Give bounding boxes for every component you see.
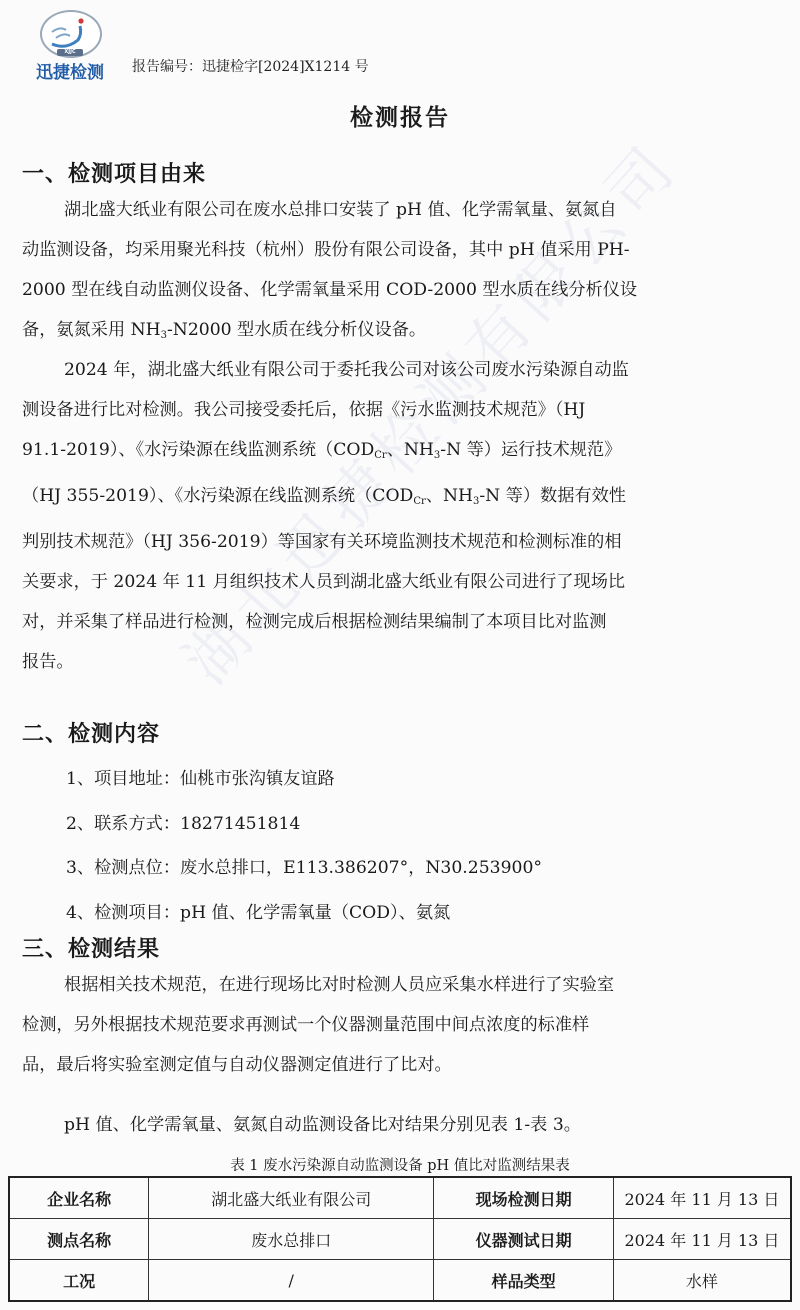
label-sample-type: 样品类型 — [434, 1260, 614, 1302]
text-line: 根据相关技术规范，在进行现场比对时检测人员应采集水样进行了实验室 — [22, 965, 778, 1005]
text-line: 91.1-2019）、《水污染源在线监测系统（CODCr、NH3-N 等）运行技… — [22, 430, 778, 476]
section-heading-content: 二、检测内容 — [22, 717, 160, 748]
label-field-test-date: 现场检测日期 — [434, 1177, 614, 1219]
list-item-contact: 2、联系方式：18271451814 — [66, 809, 300, 834]
logo-badge: XJJC — [57, 49, 83, 56]
value-instrument-test-date: 2024 年 11 月 13 日 — [613, 1219, 791, 1260]
text-line: pH 值、化学需氧量、氨氮自动监测设备比对结果分别见表 1-表 3。 — [22, 1105, 778, 1145]
text-line: 2024 年，湖北盛大纸业有限公司于委托我公司对该公司废水污染源自动监 — [22, 350, 778, 390]
text-line: 判别技术规范》（HJ 356-2019）等国家有关环境监测技术规范和检测标准的相 — [22, 522, 778, 562]
value-enterprise-name: 湖北盛大纸业有限公司 — [149, 1177, 434, 1219]
value-sample-type: 水样 — [613, 1260, 791, 1302]
report-number: 报告编号：迅捷检字[2024]X1214 号 — [132, 56, 369, 76]
label-point-name: 测点名称 — [9, 1219, 149, 1260]
report-header: XJJC 迅捷检测 报告编号：迅捷检字[2024]X1214 号 — [30, 6, 369, 76]
table-row: 工况 / 样品类型 水样 — [9, 1260, 791, 1302]
section-heading-results: 三、检测结果 — [22, 932, 160, 963]
text-line: （HJ 355-2019）、《水污染源在线监测系统（CODCr、NH3-N 等）… — [22, 476, 778, 522]
table-row: 企业名称 湖北盛大纸业有限公司 现场检测日期 2024 年 11 月 13 日 — [9, 1177, 791, 1219]
text-line: 2000 型在线自动监测仪设备、化学需氧量采用 COD-2000 型水质在线分析… — [22, 270, 778, 310]
text-line: 品，最后将实验室测定值与自动仪器测定值进行了比对。 — [22, 1045, 778, 1085]
section-3-paragraph-1: 根据相关技术规范，在进行现场比对时检测人员应采集水样进行了实验室 检测，另外根据… — [22, 965, 778, 1085]
section-3-paragraph-2: pH 值、化学需氧量、氨氮自动监测设备比对结果分别见表 1-表 3。 — [22, 1105, 778, 1145]
text-line: 对，并采集了样品进行检测，检测完成后根据检测结果编制了本项目比对监测 — [22, 602, 778, 642]
page-title: 检测报告 — [0, 99, 800, 132]
label-instrument-test-date: 仪器测试日期 — [434, 1219, 614, 1260]
label-enterprise-name: 企业名称 — [9, 1177, 149, 1219]
table-row: 测点名称 废水总排口 仪器测试日期 2024 年 11 月 13 日 — [9, 1219, 791, 1260]
ph-comparison-table: 企业名称 湖北盛大纸业有限公司 现场检测日期 2024 年 11 月 13 日 … — [8, 1176, 792, 1302]
list-item-location: 3、检测点位：废水总排口，E113.386207°，N30.253900° — [66, 853, 542, 878]
list-item-address: 1、项目地址：仙桃市张沟镇友谊路 — [66, 764, 335, 789]
value-working-condition: / — [149, 1260, 434, 1302]
text-line: 测设备进行比对检测。我公司接受委托后，依据《污水监测技术规范》（HJ — [22, 390, 778, 430]
text-line: 报告。 — [22, 642, 778, 682]
label-working-condition: 工况 — [9, 1260, 149, 1302]
value-field-test-date: 2024 年 11 月 13 日 — [613, 1177, 791, 1219]
section-heading-origin: 一、检测项目由来 — [22, 157, 206, 188]
value-point-name: 废水总排口 — [149, 1219, 434, 1260]
text-line: 检测，另外根据技术规范要求再测试一个仪器测量范围中间点浓度的标准样 — [22, 1005, 778, 1045]
text-line: 动监测设备，均采用聚光科技（杭州）股份有限公司设备，其中 pH 值采用 PH- — [22, 230, 778, 270]
section-1-paragraph-1: 湖北盛大纸业有限公司在废水总排口安装了 pH 值、化学需氧量、氨氮自 动监测设备… — [22, 190, 778, 356]
list-item-parameters: 4、检测项目：pH 值、化学需氧量（COD）、氨氮 — [66, 898, 450, 923]
text-line: 湖北盛大纸业有限公司在废水总排口安装了 pH 值、化学需氧量、氨氮自 — [22, 190, 778, 230]
table-caption: 表 1 废水污染源自动监测设备 pH 值比对监测结果表 — [0, 1154, 800, 1175]
text-line: 关要求，于 2024 年 11 月组织技术人员到湖北盛大纸业有限公司进行了现场比 — [22, 562, 778, 602]
logo-text: 迅捷检测 — [30, 58, 110, 83]
company-logo: XJJC 迅捷检测 — [30, 8, 110, 76]
section-1-paragraph-2: 2024 年，湖北盛大纸业有限公司于委托我公司对该公司废水污染源自动监 测设备进… — [22, 350, 778, 682]
